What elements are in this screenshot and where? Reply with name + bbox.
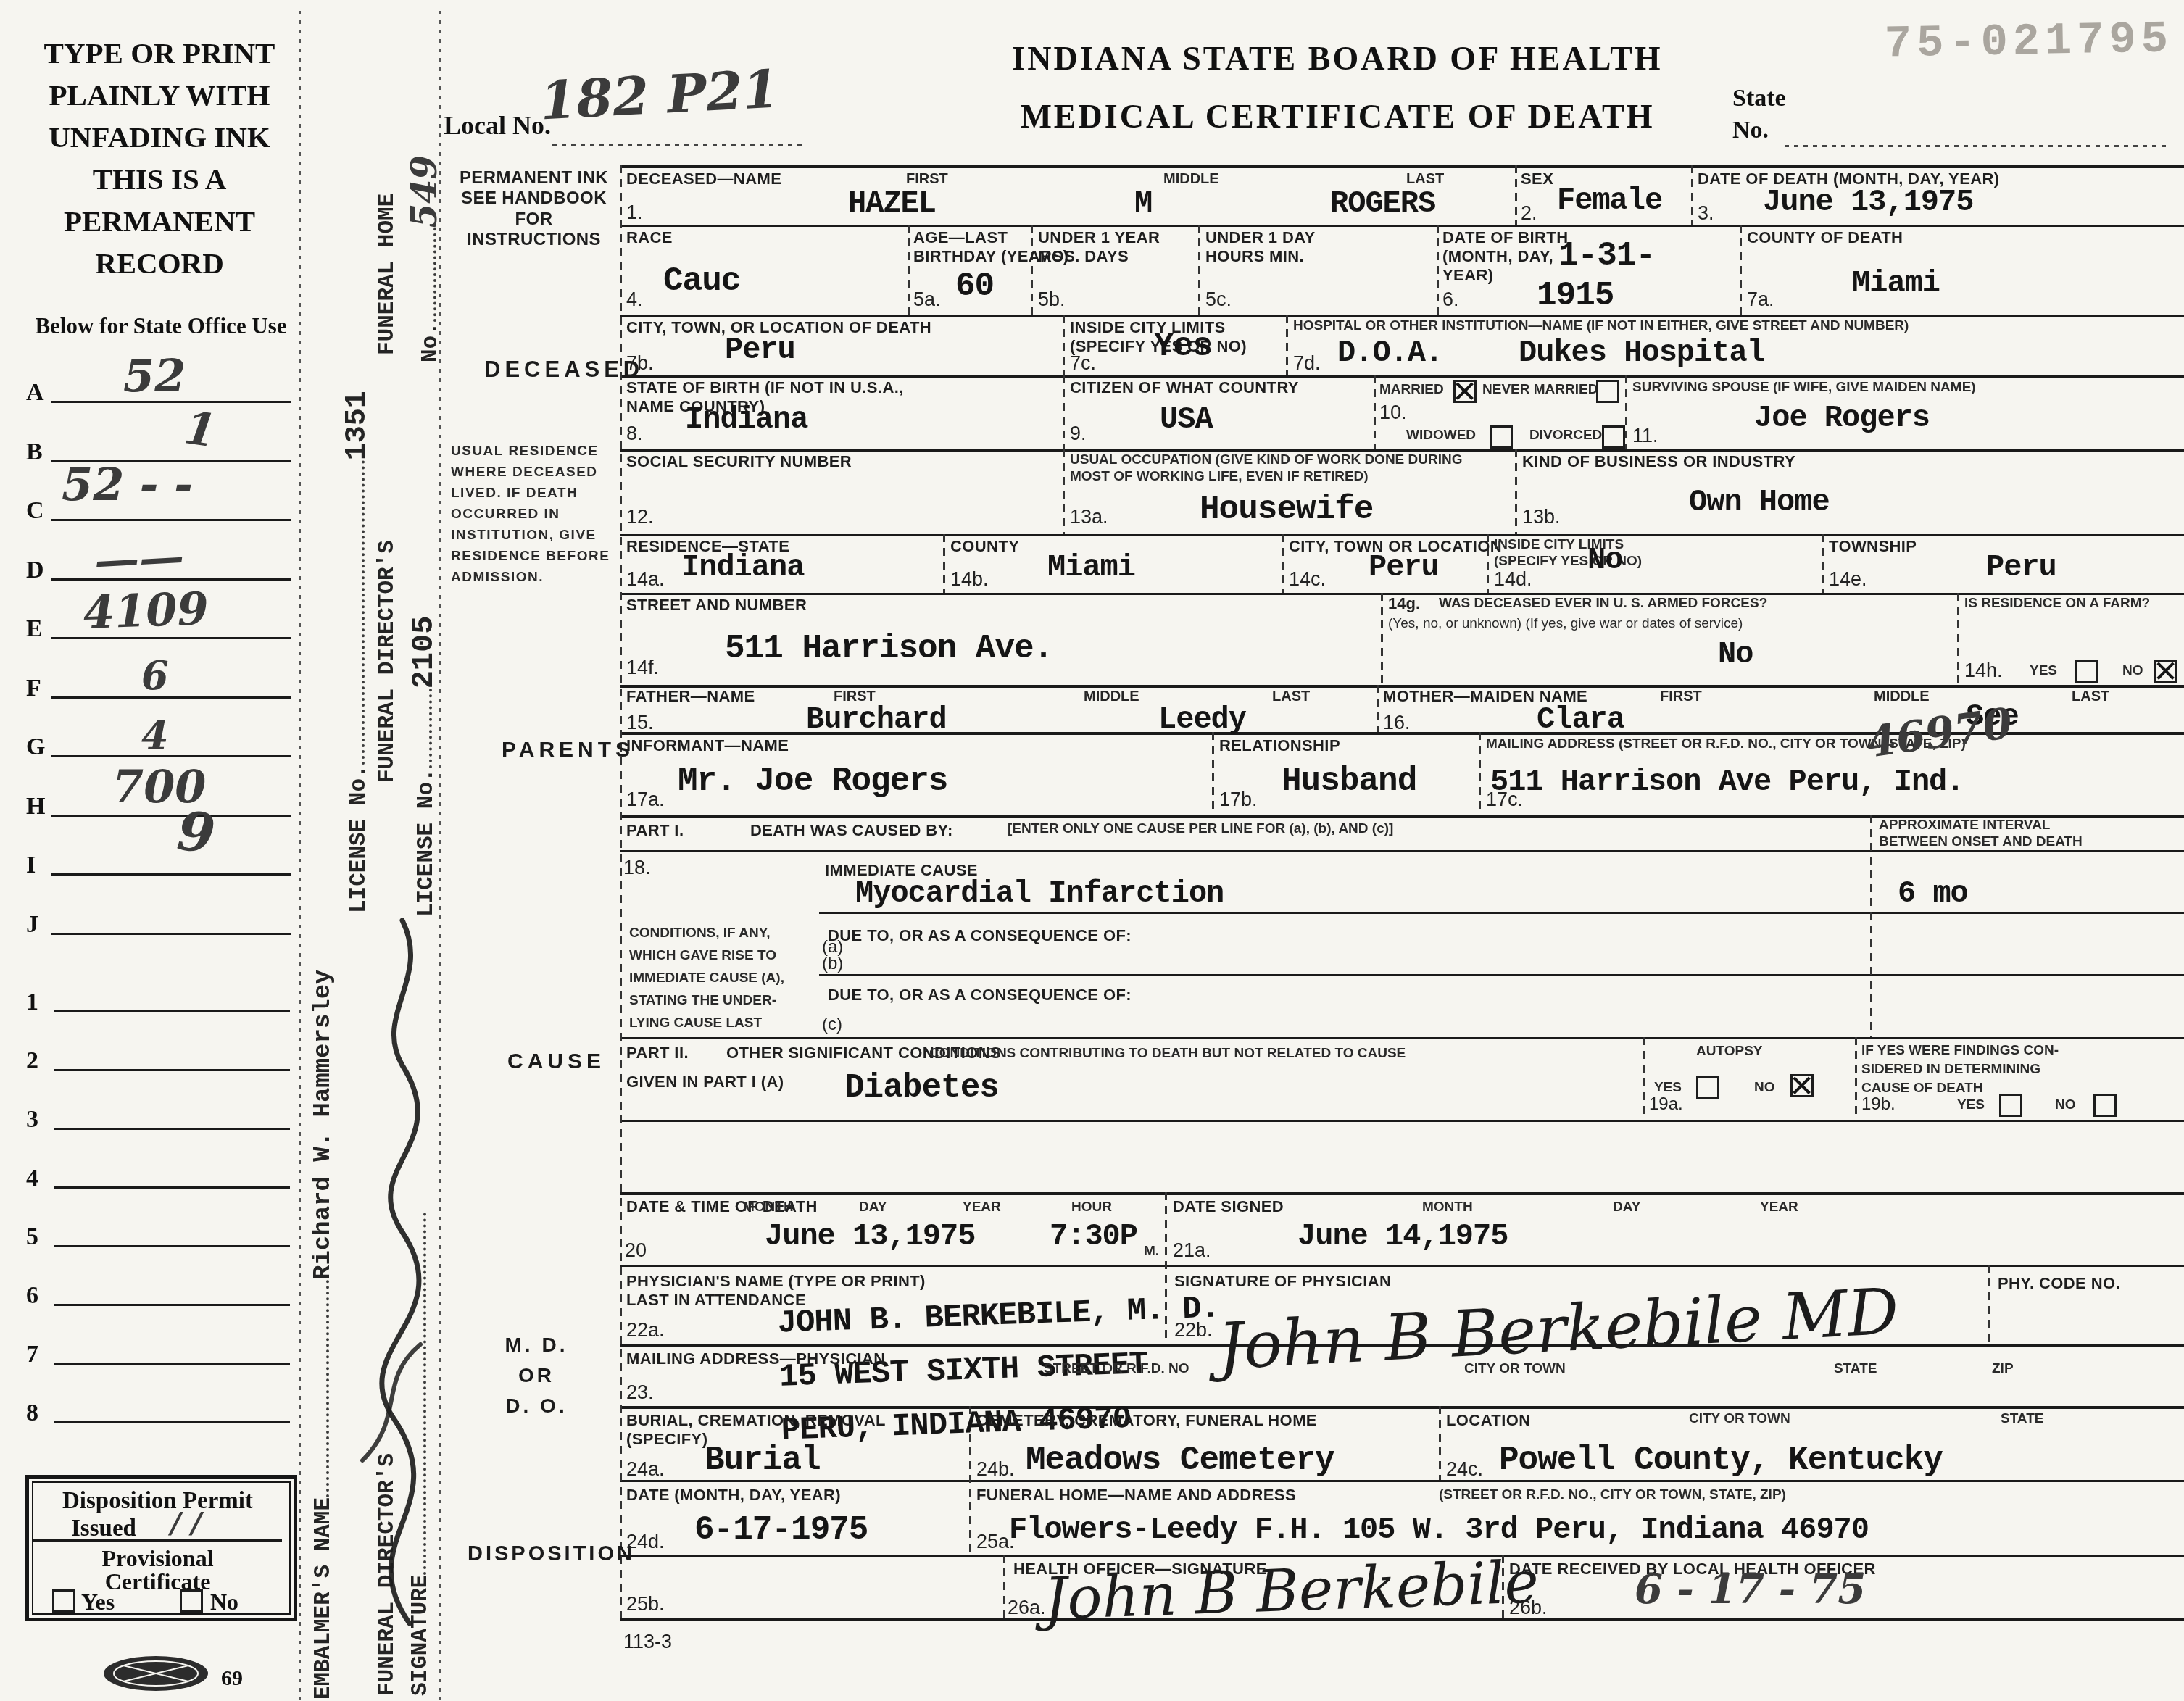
death-certificate-scan: Local No. 182 P21 INDIANA STATE BOARD OF… [0,0,2184,1701]
funeral-director-rail-1: FUNERAL DIRECTOR'S [375,540,400,783]
contributing-label: CONDITIONS CONTRIBUTING TO DEATH BUT NOT… [929,1046,1406,1062]
item-number: 22b. [1174,1321,1213,1340]
enter-only-note: [ENTER ONLY ONE CAUSE PER LINE FOR (a), … [1008,821,1393,838]
divorced-label: DIVORCED [1529,428,1602,444]
item-number: 25b. [626,1594,665,1614]
interval-value: 6 mo [1898,878,1968,909]
middle-sublabel: MIDDLE [1084,689,1139,705]
part1-label: PART I. [626,821,684,840]
row-letter: J [26,907,38,942]
relationship-label: RELATIONSHIP [1219,736,1340,755]
ssn-label: SOCIAL SECURITY NUMBER [626,452,852,471]
middle-sublabel: MIDDLE [1163,171,1219,188]
local-no-value: 182 P21 [539,62,780,127]
township-label: TOWNSHIP [1829,537,1917,556]
item-number: 17a. [626,790,665,810]
informant-label: INFORMANT—NAME [626,736,789,755]
location-label: LOCATION [1446,1411,1530,1430]
permit-no-checkbox [180,1589,203,1613]
street-value: 511 Harrison Ave. [725,632,1052,665]
physician-mailing-label: MAILING ADDRESS—PHYSICIAN [626,1349,886,1368]
caused-by-label: DEATH WAS CAUSED BY: [750,821,953,840]
residence-county-label: COUNTY [950,537,1019,556]
year-sublabel: YEAR [1760,1199,1798,1216]
item-number: 26b. [1509,1598,1548,1618]
item-number: 2. [1521,204,1537,223]
item-number: 14b. [950,570,989,589]
first-sublabel: FIRST [1660,689,1702,705]
row-letter: A [26,375,44,410]
permit-issued-slashes: / / [170,1509,202,1538]
first-sublabel: FIRST [906,171,948,188]
findings-no-checkbox [2093,1094,2117,1117]
funeral-home-no-rail: No.549 [407,155,444,362]
last-sublabel: LAST [1272,689,1310,705]
funeral-director-label: FUNERAL DIRECTOR'S [375,540,400,783]
row-value: 52 [123,354,186,399]
section-disposition: DISPOSITION [468,1542,635,1566]
row-letter: D [26,553,44,588]
never-married-label: NEVER MARRIED [1482,382,1598,399]
never-married-checkbox [1596,380,1619,403]
row-number: 8 [26,1396,38,1431]
disposition-date-value: 6-17-1975 [694,1513,868,1547]
armed-forces-label: WAS DECEASED EVER IN U. S. ARMED FORCES? [1439,596,1767,612]
physician-signature-label: SIGNATURE OF PHYSICIAN [1174,1272,1391,1291]
burial-value: Burial [705,1444,821,1477]
state-office-heading: Below for State Office Use [16,310,306,342]
row-number: 5 [26,1220,38,1255]
informant-zip-handwritten: 46970 [1864,702,2015,764]
fd-license-value: 2105 [407,616,441,689]
date-received-value: 6 - 17 - 75 [1635,1569,1866,1610]
business-value: Own Home [1689,487,1830,517]
item-number: 24c. [1446,1460,1483,1479]
section-deceased: DECEASED [484,357,644,383]
date-time-death-value: June 13,1975 [765,1221,975,1252]
funeral-home-label: FUNERAL HOME—NAME AND ADDRESS [976,1486,1296,1505]
middle-name-value: M [1134,188,1152,219]
business-label: KIND OF BUSINESS OR INDUSTRY [1522,452,1795,471]
year-sublabel: YEAR [963,1199,1001,1216]
date-of-death-value: June 13,1975 [1763,187,1973,217]
row-value: 9 [175,804,217,862]
due-to-label-c: DUE TO, OR AS A CONSEQUENCE OF: [828,986,1132,1005]
mother-first-value: Clara [1537,704,1624,735]
row-value: 4109 [83,586,209,636]
findings-yes-checkbox [1999,1094,2022,1117]
item-number: 5b. [1038,290,1066,309]
row-value: 4 [141,716,169,755]
line-b-label: (b) [822,955,843,973]
hospital-value-name: Dukes Hospital [1519,338,1764,368]
section-md-or-do: M. D. OR D. O. [464,1330,609,1421]
fd-license-label: LICENSE No. [414,768,439,917]
surviving-spouse-value: Joe Rogers [1754,403,1930,433]
item-number: 14g. [1388,596,1420,612]
sex-label: SEX [1521,170,1553,188]
item-number: 1. [626,203,643,222]
city-limits-value: Yes [1154,330,1212,363]
citizen-label: CITIZEN OF WHAT COUNTRY [1070,378,1299,397]
widowed-label: WIDOWED [1406,428,1476,444]
row-number: 2 [26,1044,38,1078]
row-value: 52 - - [62,462,193,507]
hour-of-death-value: 7:30P [1050,1221,1137,1252]
item-number: 14e. [1829,570,1867,589]
middle-sublabel: MIDDLE [1874,689,1930,705]
disposition-date-label: DATE (MONTH, DAY, YEAR) [626,1486,841,1505]
section-cause: CAUSE [507,1049,605,1074]
item-number: 11. [1632,426,1658,446]
item-number: 7b. [626,354,654,373]
item-number: 24d. [626,1532,665,1552]
race-value: Cauc [663,265,740,298]
father-name-label: FATHER—NAME [626,687,755,706]
item-number: 21a. [1173,1241,1211,1260]
section-parents: PARENTS [502,738,634,762]
state-no-stamp: 75-021795 [1884,14,2173,70]
row-letter: B [26,435,43,470]
autopsy-yes-checkbox [1696,1076,1719,1099]
item-number: 9. [1070,424,1087,444]
health-officer-signature: John B Berkebile [1043,1553,1540,1629]
autopsy-no-label: NO [1754,1080,1775,1097]
surviving-spouse-label: SURVIVING SPOUSE (IF WIFE, GIVE MAIDEN N… [1632,380,1976,396]
conditions-note: CONDITIONS, IF ANY, WHICH GAVE RISE TO I… [629,922,784,1034]
permit-yes-label: Yes [81,1586,115,1618]
state-no-label-2: No. [1732,113,1769,148]
deceased-name-label: DECEASED—NAME [626,170,781,188]
item-number: 17b. [1219,790,1258,810]
zip-sublabel: ZIP [1992,1361,2014,1378]
city-town-sublabel: CITY OR TOWN [1464,1361,1566,1378]
state-of-birth-value: Indiana [685,404,807,435]
item-number: 13b. [1522,507,1561,527]
findings-yes-label: YES [1957,1097,1985,1114]
street-rfd-sublabel: STREET OR R.F.D. NO [1044,1361,1189,1378]
part2-value: Diabetes [844,1071,999,1105]
state-sublabel: STATE [1834,1361,1877,1378]
month-sublabel: MONTH [1422,1199,1473,1216]
month-sublabel: MONTH [743,1199,794,1216]
permanent-ink-note: PERMANENT INK SEE HANDBOOK FOR INSTRUCTI… [448,168,620,250]
item-number: 7a. [1747,290,1774,309]
street-label: STREET AND NUMBER [626,596,807,615]
item-number: 14f. [626,658,659,678]
item-number: 14a. [626,570,665,589]
row-letter: C [26,494,44,528]
hospital-label: HOSPITAL OR OTHER INSTITUTION—NAME (IF N… [1293,318,2177,335]
funeral-home-rail: FUNERAL HOME [375,194,400,355]
married-label: MARRIED [1379,382,1444,399]
given-part1-label: GIVEN IN PART I (A) [626,1073,784,1091]
embalmer-license-label: LICENSE No. [346,765,372,913]
hour-sublabel: HOUR [1071,1199,1112,1216]
divorced-checkbox [1602,425,1625,449]
row-number: 3 [26,1102,38,1137]
autopsy-no-checkbox [1790,1074,1814,1097]
county-of-death-value: Miami [1852,268,1940,299]
title-line-2: MEDICAL CERTIFICATE OF DEATH [855,93,1819,140]
farm-no-label: NO [2122,663,2143,680]
widowed-checkbox [1490,425,1513,449]
father-first-value: Burchard [806,704,947,735]
item-number: 18. [623,858,651,878]
permit-yes-checkbox [52,1589,75,1613]
day-sublabel: DAY [1613,1199,1640,1216]
item-number: 5a. [913,290,941,309]
cemetery-label: CEMETERY, CREMATORY, FUNERAL HOME [976,1411,1317,1430]
item-number: 6. [1442,290,1459,309]
armed-forces-value: No [1718,639,1753,670]
item-number: 7d. [1293,354,1321,373]
date-signed-value: June 14,1975 [1297,1221,1508,1252]
first-name-value: HAZEL [848,188,936,219]
line-c-label: (c) [822,1016,842,1034]
last-sublabel: LAST [1406,171,1444,188]
row-letter: I [26,848,36,883]
relationship-value: Husband [1282,765,1416,798]
item-number: 12. [626,507,654,527]
informant-value: Mr. Joe Rogers [678,765,947,798]
state-sublabel: STATE [2001,1411,2043,1428]
item-number: 10. [1379,403,1407,423]
row-letter: G [26,730,45,765]
row-letter: F [26,671,41,706]
residence-limits-value: No [1587,545,1622,575]
under-1-day-label: UNDER 1 DAY HOURS MIN. [1205,228,1316,266]
item-number: 5c. [1205,290,1232,309]
row-number: 1 [26,985,38,1020]
occupation-label: USUAL OCCUPATION (GIVE KIND OF WORK DONE… [1070,452,1463,486]
armed-forces-sublabel: (Yes, no, or unknown) (If yes, give war … [1388,616,1743,633]
part2-label: PART II. [626,1044,689,1062]
item-number: 24a. [626,1460,665,1479]
funeral-director-signature [319,910,464,1642]
interval-label: APPROXIMATE INTERVAL BETWEEN ONSET AND D… [1879,818,2083,851]
embalmer-license-rail: LICENSE No.1351 [342,391,374,913]
hospital-value-doa: D.O.A. [1337,338,1442,368]
date-signed-label: DATE SIGNED [1173,1197,1284,1216]
state-no-label-1: State [1732,81,1786,116]
city-town-sublabel: CITY OR TOWN [1689,1411,1790,1428]
local-no-label: Local No. [444,107,551,144]
phy-code-label: PHY. CODE NO. [1998,1274,2120,1293]
item-number: 8. [626,424,643,444]
union-label-emblem [101,1654,210,1693]
under-1-year-label: UNDER 1 YEAR MOS. DAYS [1038,228,1160,266]
citizen-value: USA [1160,404,1213,435]
farm-no-checkbox [2154,660,2177,683]
item-number: 19b. [1861,1096,1896,1113]
meridiem-label: M. [1144,1244,1159,1260]
row-number: 4 [26,1161,38,1196]
age-value: 60 [955,270,994,303]
emblem-number: 69 [221,1663,243,1694]
item-number: 13a. [1070,507,1108,527]
item-number: 19a. [1649,1096,1683,1113]
form-code: 113-3 [623,1631,672,1653]
residence-city-value: Peru [1369,552,1439,583]
residence-state-value: Indiana [681,552,804,583]
row-value: 1 [182,405,219,454]
item-number: 14h. [1964,661,2003,681]
item-number: 26a. [1008,1598,1046,1618]
funeral-home-no-value: 549 [404,155,445,228]
immediate-cause-value: Myocardial Infarction [855,878,1224,909]
race-label: RACE [626,228,673,247]
item-number: 7c. [1070,354,1096,373]
location-value: Powell County, Kentucky [1499,1444,1943,1477]
county-of-death-label: COUNTY OF DEATH [1747,228,1903,247]
farm-yes-checkbox [2075,660,2098,683]
row-number: 7 [26,1337,38,1372]
funeral-home-sublabel: (STREET OR R.F.D. NO., CITY OR TOWN, STA… [1439,1487,1786,1504]
farm-label: IS RESIDENCE ON A FARM? [1964,596,2150,612]
due-to-label-b: DUE TO, OR AS A CONSEQUENCE OF: [828,926,1132,945]
embalmer-license-value: 1351 [341,391,374,460]
cemetery-value: Meadows Cemetery [1026,1444,1334,1477]
city-of-death-value: Peru [725,335,795,365]
residence-county-value: Miami [1047,552,1135,583]
informant-mailing-value: 511 Harrison Ave Peru, Ind. [1490,767,1964,797]
item-number: 14d. [1494,570,1532,589]
row-letter: H [26,789,45,824]
last-name-value: ROGERS [1330,188,1435,219]
date-of-birth-value-1: 1-31- [1558,239,1655,273]
item-number: 20 [625,1241,647,1260]
usual-residence-note: USUAL RESIDENCE WHERE DECEASED LIVED. IF… [451,441,610,588]
item-number: 15. [626,713,654,733]
row-value: 6 [141,656,169,695]
township-value: Peru [1986,552,2056,583]
permanence-notice: TYPE OR PRINT PLAINLY WITH UNFADING INK … [14,32,304,284]
findings-no-label: NO [2055,1097,2076,1114]
item-number: 14c. [1289,570,1326,589]
day-sublabel: DAY [859,1199,887,1216]
funeral-director-license-rail: LICENSE No.2105 [407,616,441,917]
last-sublabel: LAST [2072,689,2109,705]
item-number: 16. [1383,713,1411,733]
farm-yes-label: YES [2030,663,2057,680]
row-letter: E [26,612,43,646]
funeral-home-label: FUNERAL HOME [375,194,400,355]
physician-name-value: JOHN B. BERKEBILE, M. D. [777,1288,1220,1344]
item-number: 22a. [626,1321,665,1340]
occupation-value: Housewife [1200,493,1373,526]
findings-label: IF YES WERE FINDINGS CON- SIDERED IN DET… [1861,1041,2059,1098]
item-number: 24b. [976,1460,1015,1479]
father-last-value: Leedy [1158,704,1246,735]
title-line-1: INDIANA STATE BOARD OF HEALTH [855,35,1819,82]
item-number: 4. [626,290,643,309]
date-of-birth-value-2: 1915 [1537,279,1614,312]
row-value: —— [93,534,185,583]
item-number: 3. [1698,204,1714,223]
sex-value: Female [1557,186,1662,216]
item-number: 23. [626,1383,654,1402]
autopsy-label: AUTOPSY [1696,1044,1763,1060]
funeral-home-no-label: No. [418,322,444,362]
funeral-home-value: Flowers-Leedy F.H. 105 W. 3rd Peru, Indi… [1009,1515,1869,1545]
married-checkbox [1453,380,1477,403]
row-number: 6 [26,1278,38,1313]
informant-mailing-label: MAILING ADDRESS (STREET OR R.F.D. NO., C… [1486,736,2175,753]
permit-no-label: No [210,1586,238,1618]
